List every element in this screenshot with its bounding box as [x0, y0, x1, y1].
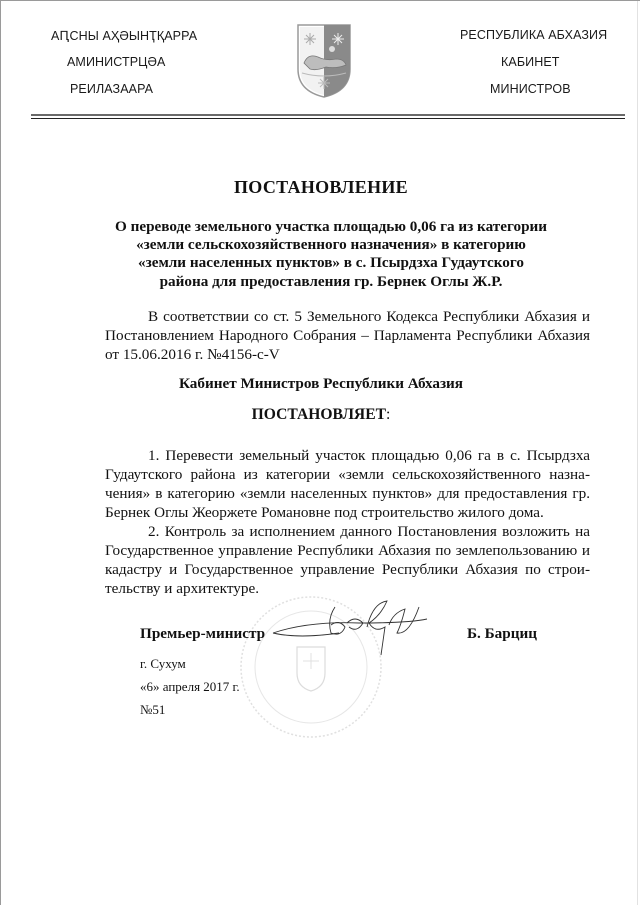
coat-of-arms-icon [296, 23, 352, 99]
handwritten-signature-icon [269, 593, 429, 663]
signatory-position: Премьер-министр [140, 625, 265, 643]
issuer: Кабинет Министров Республики Абхазия [1, 375, 640, 393]
letterhead-left-line-2: АМИНИСТРЦӘА [67, 55, 165, 69]
subject-line: «земли населенных пунктов» в с. Псырдзха… [101, 254, 561, 272]
document-subject: О переводе земельного участка площадью 0… [101, 218, 561, 291]
document-title: ПОСТАНОВЛЕНИЕ [1, 177, 640, 198]
letterhead-left-line-3: РЕИЛАЗААРА [70, 82, 153, 96]
preamble-text: В соответствии со ст. 5 Земельного Кодек… [105, 307, 590, 364]
subject-line: О переводе земельного участка площадью 0… [101, 218, 561, 236]
letterhead-left-line-1: АԤСНЫ АҲӘЫНҬҚАРРА [51, 28, 197, 43]
issue-date: «6» апреля 2017 г. [140, 679, 240, 695]
letterhead-divider-thin [31, 118, 625, 119]
letterhead-right-line-1: РЕСПУБЛИКА АБХАЗИЯ [460, 28, 607, 42]
issue-city: г. Сухум [140, 656, 186, 672]
preamble: В соответствии со ст. 5 Земельного Кодек… [105, 307, 590, 364]
decree-item-text: 1. Перевести земельный участок площадью … [105, 446, 590, 522]
letterhead-right-line-3: МИНИСТРОВ [490, 82, 571, 96]
decrees-heading: ПОСТАНОВЛЯЕТ: [1, 406, 640, 424]
scan-edge [637, 1, 638, 905]
decrees-colon: : [386, 406, 390, 423]
decree-item-1: 1. Перевести земельный участок площадью … [105, 446, 590, 522]
document-number: №51 [140, 702, 165, 718]
decrees-label: ПОСТАНОВЛЯЕТ [252, 406, 386, 423]
document-page: АԤСНЫ АҲӘЫНҬҚАРРА АМИНИСТРЦӘА РЕИЛАЗААРА… [0, 0, 640, 905]
subject-line: района для предоставления гр. Бернек Огл… [101, 273, 561, 291]
decree-item-2: 2. Контроль за исполнением данного Поста… [105, 522, 590, 598]
decree-item-text: 2. Контроль за исполнением данного Поста… [105, 522, 590, 598]
subject-line: «земли сельскохозяйственного назначения»… [101, 236, 561, 254]
signatory-name: Б. Барциц [467, 625, 537, 643]
letterhead-right-line-2: КАБИНЕТ [501, 55, 560, 69]
letterhead-divider [31, 114, 625, 116]
